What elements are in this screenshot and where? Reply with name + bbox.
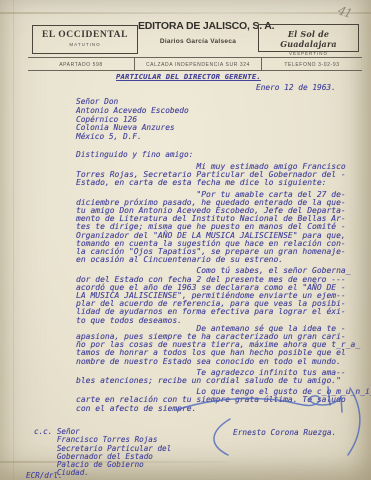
- paragraph-5: Te agradezco infinito tus ama-- bles ate…: [76, 369, 360, 385]
- office-line: PARTICULAR DEL DIRECTOR GERENTE.: [116, 72, 261, 81]
- paragraph-6: Lo que tengo el gusto de c̲o̲m̲u̲n̲i̲ ca…: [76, 388, 360, 413]
- street-address-label: CALZADA INDEPENDENCIA SUR 324: [134, 57, 262, 71]
- paragraph-3: Como tú sabes, el señor Goberna̲ dor del…: [76, 267, 360, 324]
- paragraph-2: "Por tu amable carta del 27 de- diciembr…: [76, 191, 360, 265]
- company-head: EDITORA DE JALISCO, S. A. Diarios García…: [138, 20, 258, 45]
- letter-body: Mi muy estimado amigo Francisco Torres R…: [76, 163, 360, 413]
- salutation: Distinguido y fino amigo:: [76, 150, 193, 159]
- paper-crease-left: [13, 0, 14, 480]
- letter-page: 41 EL OCCIDENTAL MATUTINO EDITORA DE JAL…: [0, 0, 371, 480]
- company-tagline: Diarios García Valseca: [138, 38, 258, 45]
- recipient-address: Señor Don Antonio Acevedo Escobedo Copér…: [76, 98, 189, 142]
- paragraph-4: De antemano sé que la idea te - apasiona…: [76, 325, 360, 366]
- apartado-label: APARTADO 598: [28, 57, 134, 71]
- typist-initials: ECR/drl.: [26, 471, 63, 480]
- el-sol-box: El Sol de Guadalajara VESPERTINO: [258, 24, 359, 52]
- paper-crease-top: [0, 12, 371, 14]
- el-sol-title: El Sol de Guadalajara: [259, 29, 358, 49]
- telefono-label: TELEFONO 3-02-93: [262, 57, 362, 71]
- paragraph-1: Mi muy estimado amigo Francisco Torres R…: [76, 163, 360, 188]
- date: Enero 12 de 1963.: [256, 83, 336, 92]
- signature-name: Ernesto Corona Ruezga.: [233, 428, 336, 437]
- el-occidental-title: EL OCCIDENTAL: [33, 30, 137, 40]
- company-name: EDITORA DE JALISCO, S. A.: [138, 20, 258, 32]
- el-occidental-box: EL OCCIDENTAL MATUTINO: [32, 25, 138, 54]
- el-occidental-subtitle: MATUTINO: [33, 42, 137, 47]
- el-sol-subtitle: VESPERTINO: [259, 51, 358, 56]
- contact-info-row: APARTADO 598 CALZADA INDEPENDENCIA SUR 3…: [28, 57, 362, 71]
- handwritten-page-number: 41: [336, 3, 353, 20]
